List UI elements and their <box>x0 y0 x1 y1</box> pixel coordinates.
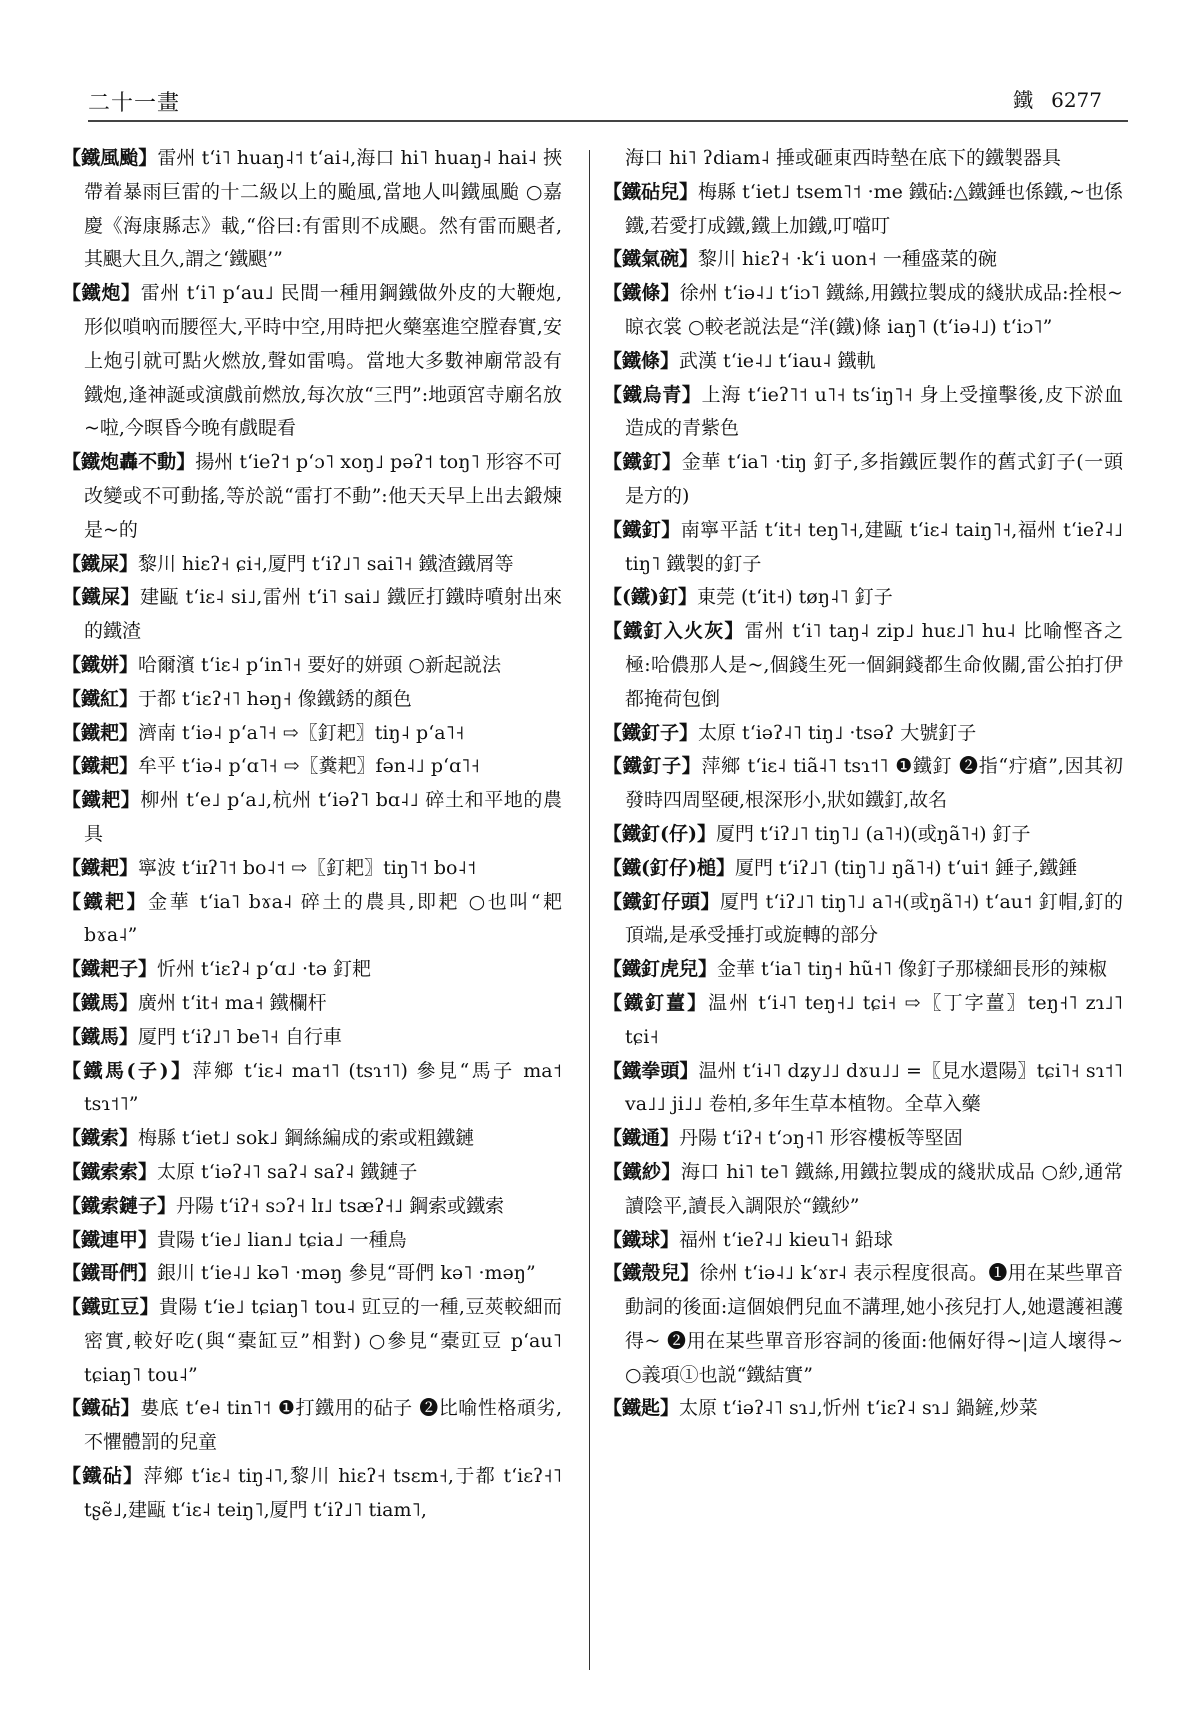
page-head-right: 鐵6277 <box>1013 84 1102 113</box>
dictionary-entry: 【鐵哥們】銀川 tʻie˨˩ kə˥ ·məŋ 參見“哥們 kə˥ ·məŋ” <box>62 1257 562 1291</box>
entry-definition: 太原 tʻiəʔ˨˥ tiŋ˩ ·tsəʔ 大號釘子 <box>698 722 976 744</box>
dictionary-entry: 【鐵耙子】忻州 tʻiɛʔ˨ pʻɑ˩ ·tə 釘耙 <box>62 953 562 987</box>
dictionary-entry: 【鐵砧】萍鄉 tʻiɛ˨ tiŋ˨˥,黎川 hiɛʔ˧ tsɛm˧,于都 tʻi… <box>62 1460 562 1528</box>
page-header: 二十一畫 鐵6277 <box>88 86 1128 120</box>
entry-headword: 【鐵耙】 <box>62 857 138 879</box>
entry-definition: 梅縣 tʻiet˩ tsem˥˦ ·me 鐵砧:△鐵錘也係鐵,~也係鐵,若愛打成… <box>625 181 1123 237</box>
entry-definition: 貴陽 tʻie˩ lian˩ tɕia˩ 一種鳥 <box>157 1229 407 1251</box>
entry-definition: 厦門 tʻiʔ˩˥ (tiŋ˥˩ ŋã˥˧) tʻui˦ 錘子,鐵錘 <box>735 857 1077 879</box>
dictionary-entry: 【鐵索索】太原 tʻiəʔ˨˥ saʔ˨ saʔ˨ 鐵鏈子 <box>62 1156 562 1190</box>
dictionary-entry: 【(鐵)釘】東莞 (tʻit˧) tøŋ˨˥ 釘子 <box>603 581 1123 615</box>
dictionary-entry: 【鐵釘薑】温州 tʻi˨˥ teŋ˧˩ tɕi˧ ⇨〖丁字薑〗teŋ˧˥ zɿ˩… <box>603 987 1123 1055</box>
dictionary-entry: 【鐵索鏈子】丹陽 tʻiʔ˧ sɔʔ˧ lɪ˩ tsæʔ˧˩ 鋼索或鐵索 <box>62 1190 562 1224</box>
entry-definition: 太原 tʻiəʔ˨˥ sɿ˩,忻州 tʻiɛʔ˨ sɿ˩ 鍋鏟,炒菜 <box>679 1397 1038 1419</box>
page-number: 6277 <box>1051 88 1102 112</box>
dictionary-entry: 【鐵條】武漢 tʻie˨˩ tʻiau˨ 鐵軌 <box>603 345 1123 379</box>
entry-definition: 東莞 (tʻit˧) tøŋ˨˥ 釘子 <box>697 586 893 608</box>
entry-headword: 【鐵釘子】 <box>603 755 701 777</box>
entry-definition: 柳州 tʻe˩ pʻa˩,杭州 tʻiəʔ˥ bɑ˨˩ 碎土和平地的農具 <box>84 789 562 845</box>
dictionary-entry: 【鐵風颱】雷州 tʻi˥ huaŋ˨˦ tʻai˨,海口 hi˥ huaŋ˨ h… <box>62 142 562 277</box>
entry-definition: 黎川 hiɛʔ˧ ɕi˧,厦門 tʻiʔ˩˥ sai˥˧ 鐵渣鐵屑等 <box>138 553 514 575</box>
entry-headword: 【鐵耙】 <box>62 789 140 811</box>
entry-definition: 徐州 tʻiə˨˩ kʻɤr˨ 表示程度很高。❶用在某些單音動詞的後面:這個娘們… <box>625 1262 1123 1385</box>
entry-definition: 梅縣 tʻiet˩ sok˩ 鋼絲編成的索或粗鐵鏈 <box>138 1127 474 1149</box>
dictionary-entry: 【鐵紗】海口 hi˥ te˥ 鐵絲,用鐵拉製成的綫狀成品 ○紗,通常讀陰平,讀長… <box>603 1156 1123 1224</box>
entry-definition: 厦門 tʻiʔ˩˥ be˥˧ 自行車 <box>138 1026 342 1048</box>
dictionary-entry: 【鐵氣碗】黎川 hiɛʔ˧ ·kʻi uon˧ 一種盛菜的碗 <box>603 243 1123 277</box>
entry-headword: 【鐵風颱】 <box>62 147 157 169</box>
entry-definition: 牟平 tʻiə˨ pʻɑ˥˧ ⇨〖糞耙〗fən˨˩ pʻɑ˥˧ <box>138 755 480 777</box>
entry-definition: 金華 tʻia˥ ·tiŋ 釘子,多指鐵匠製作的舊式釘子(一頭是方的) <box>625 451 1123 507</box>
dictionary-entry: 【鐵紅】于都 tʻiɛʔ˧˥ həŋ˧ 像鐵銹的顏色 <box>62 683 562 717</box>
dictionary-entry: 【鐵砧】婁底 tʻe˨ tin˥˦ ❶打鐵用的砧子 ❷比喻性格頑劣,不懼體罰的兒… <box>62 1392 562 1460</box>
entry-headword: 【鐵砧】 <box>62 1465 143 1487</box>
entry-headword: 【鐵釘(仔)】 <box>603 823 716 845</box>
dictionary-entry: 【鐵炮】雷州 tʻi˥ pʻau˩ 民間一種用鋼鐵做外皮的大鞭炮,形似嗩吶而腰徑… <box>62 277 562 446</box>
dictionary-entry: 【鐵通】丹陽 tʻiʔ˧ tʻɔŋ˧˥ 形容樓板等堅固 <box>603 1122 1123 1156</box>
entry-headword: 【鐵豇豆】 <box>62 1296 159 1318</box>
dictionary-entry: 【鐵釘虎兒】金華 tʻia˥ tiŋ˧ hũ˧˥ 像釘子那樣細長形的辣椒 <box>603 953 1123 987</box>
dictionary-entry: 【鐵殼兒】徐州 tʻiə˨˩ kʻɤr˨ 表示程度很高。❶用在某些單音動詞的後面… <box>603 1257 1123 1392</box>
entry-definition: 廣州 tʻit˧ ma˧ 鐵欄杆 <box>138 992 327 1014</box>
entry-headword: 【鐵(釘仔)槌】 <box>603 857 735 879</box>
entry-headword: 【鐵釘入火灰】 <box>603 620 745 642</box>
entry-headword: 【鐵屎】 <box>62 553 138 575</box>
entry-definition: 銀川 tʻie˨˩ kə˥ ·məŋ 參見“哥們 kə˥ ·məŋ” <box>157 1262 536 1284</box>
entry-definition: 徐州 tʻiə˨˩ tʻiɔ˥ 鐵絲,用鐵拉製成的綫狀成品:拴根~晾衣裳 ○較老… <box>625 282 1123 338</box>
dictionary-entry: 【鐵(釘仔)槌】厦門 tʻiʔ˩˥ (tiŋ˥˩ ŋã˥˧) tʻui˦ 錘子,… <box>603 852 1123 886</box>
entry-headword: 【鐵烏青】 <box>603 384 702 406</box>
dictionary-entry: 【鐵釘子】萍鄉 tʻiɛ˨ tiã˨˥ tsɿ˦˥ ❶鐵釘 ❷指“疔瘡”,因其初… <box>603 750 1123 818</box>
entry-definition: 忻州 tʻiɛʔ˨ pʻɑ˩ ·tə 釘耙 <box>157 958 371 980</box>
dictionary-entry: 【鐵連甲】貴陽 tʻie˩ lian˩ tɕia˩ 一種鳥 <box>62 1224 562 1258</box>
dictionary-entry: 【鐵釘】金華 tʻia˥ ·tiŋ 釘子,多指鐵匠製作的舊式釘子(一頭是方的) <box>603 446 1123 514</box>
dictionary-entry: 【鐵屎】建甌 tʻiɛ˨ si˩,雷州 tʻi˥ sai˩ 鐵匠打鐵時噴射出來的… <box>62 581 562 649</box>
entry-headword: 【鐵炮】 <box>62 282 141 304</box>
dictionary-entry: 【鐵耙】柳州 tʻe˩ pʻa˩,杭州 tʻiəʔ˥ bɑ˨˩ 碎土和平地的農具 <box>62 784 562 852</box>
entry-definition: 海口 hi˥ te˥ 鐵絲,用鐵拉製成的綫狀成品 ○紗,通常讀陰平,讀長入調限於… <box>625 1161 1123 1217</box>
entry-headword: 【鐵氣碗】 <box>603 248 698 270</box>
dictionary-entry: 【鐵屎】黎川 hiɛʔ˧ ɕi˧,厦門 tʻiʔ˩˥ sai˥˧ 鐵渣鐵屑等 <box>62 548 562 582</box>
dictionary-entry: 【鐵索】梅縣 tʻiet˩ sok˩ 鋼絲編成的索或粗鐵鏈 <box>62 1122 562 1156</box>
entry-definition: 雷州 tʻi˥ pʻau˩ 民間一種用鋼鐵做外皮的大鞭炮,形似嗩吶而腰徑大,平時… <box>84 282 562 439</box>
dictionary-entry: 海口 hi˥ ʔdiam˨ 捶或砸東西時墊在底下的鐵製器具 <box>603 142 1123 176</box>
entry-headword: 【鐵砧兒】 <box>603 181 698 203</box>
entry-headword: 【(鐵)釘】 <box>603 586 697 608</box>
entry-headword: 【鐵索】 <box>62 1127 138 1149</box>
dictionary-entry: 【鐵釘】南寧平話 tʻit˧ teŋ˥˧,建甌 tʻiɛ˨ taiŋ˥˧,福州 … <box>603 514 1123 582</box>
entry-headword: 【鐵釘子】 <box>603 722 698 744</box>
entry-headword: 【鐵連甲】 <box>62 1229 157 1251</box>
entry-definition: 武漢 tʻie˨˩ tʻiau˨ 鐵軌 <box>679 350 876 372</box>
entry-definition: 建甌 tʻiɛ˨ si˩,雷州 tʻi˥ sai˩ 鐵匠打鐵時噴射出來的鐵渣 <box>84 586 562 642</box>
dictionary-entry: 【鐵馬】厦門 tʻiʔ˩˥ be˥˧ 自行車 <box>62 1021 562 1055</box>
dictionary-entry: 【鐵馬】廣州 tʻit˧ ma˧ 鐵欄杆 <box>62 987 562 1021</box>
dictionary-entry: 【鐵釘(仔)】厦門 tʻiʔ˩˥ tiŋ˥˩ (a˥˧)(或ŋã˥˧) 釘子 <box>603 818 1123 852</box>
entry-headword: 【鐵匙】 <box>603 1397 679 1419</box>
dictionary-entry: 【鐵豇豆】貴陽 tʻie˩ tɕiaŋ˥ tou˨ 豇豆的一種,豆莢較細而密實,… <box>62 1291 562 1392</box>
entry-headword: 【鐵耙】 <box>62 755 138 777</box>
dictionary-entry: 【鐵耙】牟平 tʻiə˨ pʻɑ˥˧ ⇨〖糞耙〗fən˨˩ pʻɑ˥˧ <box>62 750 562 784</box>
entry-definition: 金華 tʻia˥ bɤa˨ 碎土的農具,即耙 ○也叫“耙 bɤa˨” <box>84 891 562 947</box>
entry-definition: 黎川 hiɛʔ˧ ·kʻi uon˧ 一種盛菜的碗 <box>698 248 997 270</box>
right-column: 海口 hi˥ ʔdiam˨ 捶或砸東西時墊在底下的鐵製器具【鐵砧兒】梅縣 tʻi… <box>603 142 1123 1426</box>
entry-headword: 【鐵哥們】 <box>62 1262 157 1284</box>
entry-headword: 【鐵條】 <box>603 282 680 304</box>
entry-headword: 【鐵紅】 <box>62 688 138 710</box>
entry-headword: 【鐵通】 <box>603 1127 679 1149</box>
entry-headword: 【鐵索索】 <box>62 1161 157 1183</box>
entry-definition: 福州 tʻieʔ˨˩ kieu˥˧ 鉛球 <box>679 1229 893 1251</box>
entry-headword: 【鐵砧】 <box>62 1397 140 1419</box>
dictionary-entry: 【鐵球】福州 tʻieʔ˨˩ kieu˥˧ 鉛球 <box>603 1224 1123 1258</box>
entry-definition: 温州 tʻi˨˥ dʑy˩˩ dɤu˩˩ =〖見水還陽〗tɕi˥˧ sɿ˦˥ v… <box>625 1060 1123 1116</box>
entry-headword: 【鐵釘虎兒】 <box>603 958 717 980</box>
dictionary-entry: 【鐵釘仔頭】厦門 tʻiʔ˩˥ tiŋ˥˩ a˥˧(或ŋã˥˧) tʻau˦ 釘… <box>603 886 1123 954</box>
entry-headword: 【鐵釘】 <box>603 519 681 541</box>
entry-headword: 【鐵拳頭】 <box>603 1060 699 1082</box>
entry-definition: 婁底 tʻe˨ tin˥˦ ❶打鐵用的砧子 ❷比喻性格頑劣,不懼體罰的兒童 <box>84 1397 562 1453</box>
entry-definition: 金華 tʻia˥ tiŋ˧ hũ˧˥ 像釘子那樣細長形的辣椒 <box>717 958 1107 980</box>
entry-definition: 于都 tʻiɛʔ˧˥ həŋ˧ 像鐵銹的顏色 <box>138 688 412 710</box>
entry-headword: 【鐵馬】 <box>62 992 138 1014</box>
entry-headword: 【鐵釘】 <box>603 451 682 473</box>
entry-headword: 【鐵紗】 <box>603 1161 681 1183</box>
entry-definition: 寧波 tʻiɪʔ˥˦ bo˨˦ ⇨〖釘耙〗tiŋ˥˦ bo˨˦ <box>138 857 476 879</box>
entry-headword: 【鐵索鏈子】 <box>62 1195 176 1217</box>
section-title: 二十一畫 <box>88 86 180 117</box>
entry-headword: 【鐵炮轟不動】 <box>62 451 195 473</box>
entry-headword: 【鐵耙】 <box>62 891 148 913</box>
entry-headword: 【鐵屎】 <box>62 586 140 608</box>
entry-headword: 【鐵釘薑】 <box>603 992 708 1014</box>
entry-definition: 厦門 tʻiʔ˩˥ tiŋ˥˩ (a˥˧)(或ŋã˥˧) 釘子 <box>716 823 1031 845</box>
dictionary-entry: 【鐵匙】太原 tʻiəʔ˨˥ sɿ˩,忻州 tʻiɛʔ˨ sɿ˩ 鍋鏟,炒菜 <box>603 1392 1123 1426</box>
dictionary-entry: 【鐵釘入火灰】雷州 tʻi˥ taŋ˨ zip˩ huɛ˩˥ hu˨ 比喻慳吝之… <box>603 615 1123 716</box>
dictionary-entry: 【鐵馬(子)】萍鄉 tʻiɛ˨ ma˦˥ (tsɿ˦˥) 參見“馬子 ma˦ t… <box>62 1055 562 1123</box>
entry-headword: 【鐵釘仔頭】 <box>603 891 720 913</box>
dictionary-entry: 【鐵耙】濟南 tʻiə˨ pʻa˥˧ ⇨〖釘耙〗tiŋ˨ pʻa˥˧ <box>62 717 562 751</box>
entry-headword: 【鐵姘】 <box>62 654 138 676</box>
entry-definition: 濟南 tʻiə˨ pʻa˥˧ ⇨〖釘耙〗tiŋ˨ pʻa˥˧ <box>138 722 464 744</box>
entry-headword: 【鐵馬】 <box>62 1026 138 1048</box>
entry-headword: 【鐵球】 <box>603 1229 679 1251</box>
entry-headword: 【鐵殼兒】 <box>603 1262 699 1284</box>
entry-definition: 丹陽 tʻiʔ˧ tʻɔŋ˧˥ 形容樓板等堅固 <box>679 1127 963 1149</box>
entry-headword: 【鐵耙】 <box>62 722 138 744</box>
dictionary-entry: 【鐵耙】金華 tʻia˥ bɤa˨ 碎土的農具,即耙 ○也叫“耙 bɤa˨” <box>62 886 562 954</box>
dictionary-entry: 【鐵釘子】太原 tʻiəʔ˨˥ tiŋ˩ ·tsəʔ 大號釘子 <box>603 717 1123 751</box>
dictionary-entry: 【鐵拳頭】温州 tʻi˨˥ dʑy˩˩ dɤu˩˩ =〖見水還陽〗tɕi˥˧ s… <box>603 1055 1123 1123</box>
entry-definition: 丹陽 tʻiʔ˧ sɔʔ˧ lɪ˩ tsæʔ˧˩ 鋼索或鐵索 <box>176 1195 504 1217</box>
header-rule <box>88 120 1128 122</box>
entry-definition: 哈爾濱 tʻiɛ˨ pʻin˥˧ 要好的姘頭 ○新起説法 <box>138 654 501 676</box>
entry-definition: 太原 tʻiəʔ˨˥ saʔ˨ saʔ˨ 鐵鏈子 <box>157 1161 417 1183</box>
head-character: 鐵 <box>1013 88 1033 112</box>
entry-headword: 【鐵耙子】 <box>62 958 157 980</box>
left-column: 【鐵風颱】雷州 tʻi˥ huaŋ˨˦ tʻai˨,海口 hi˥ huaŋ˨ h… <box>62 142 562 1528</box>
entry-headword: 【鐵條】 <box>603 350 679 372</box>
entry-definition: 海口 hi˥ ʔdiam˨ 捶或砸東西時墊在底下的鐵製器具 <box>625 147 1061 169</box>
dictionary-entry: 【鐵烏青】上海 tʻieʔ˥˦ u˥˧ tsʻiŋ˥˧ 身上受撞擊後,皮下淤血造… <box>603 379 1123 447</box>
dictionary-entry: 【鐵姘】哈爾濱 tʻiɛ˨ pʻin˥˧ 要好的姘頭 ○新起説法 <box>62 649 562 683</box>
dictionary-entry: 【鐵耙】寧波 tʻiɪʔ˥˦ bo˨˦ ⇨〖釘耙〗tiŋ˥˦ bo˨˦ <box>62 852 562 886</box>
dictionary-entry: 【鐵條】徐州 tʻiə˨˩ tʻiɔ˥ 鐵絲,用鐵拉製成的綫狀成品:拴根~晾衣裳… <box>603 277 1123 345</box>
entry-definition: 南寧平話 tʻit˧ teŋ˥˧,建甌 tʻiɛ˨ taiŋ˥˧,福州 tʻie… <box>625 519 1123 575</box>
column-divider <box>589 150 590 1670</box>
entry-headword: 【鐵馬(子)】 <box>62 1060 193 1082</box>
dictionary-entry: 【鐵炮轟不動】揚州 tʻieʔ˦ pʻɔ˥ xoŋ˩ pəʔ˦ toŋ˥ 形容不… <box>62 446 562 547</box>
dictionary-entry: 【鐵砧兒】梅縣 tʻiet˩ tsem˥˦ ·me 鐵砧:△鐵錘也係鐵,~也係鐵… <box>603 176 1123 244</box>
entry-definition: 萍鄉 tʻiɛ˨ tiŋ˨˥,黎川 hiɛʔ˧ tsɛm˧,于都 tʻiɛʔ˧˥… <box>84 1465 562 1521</box>
